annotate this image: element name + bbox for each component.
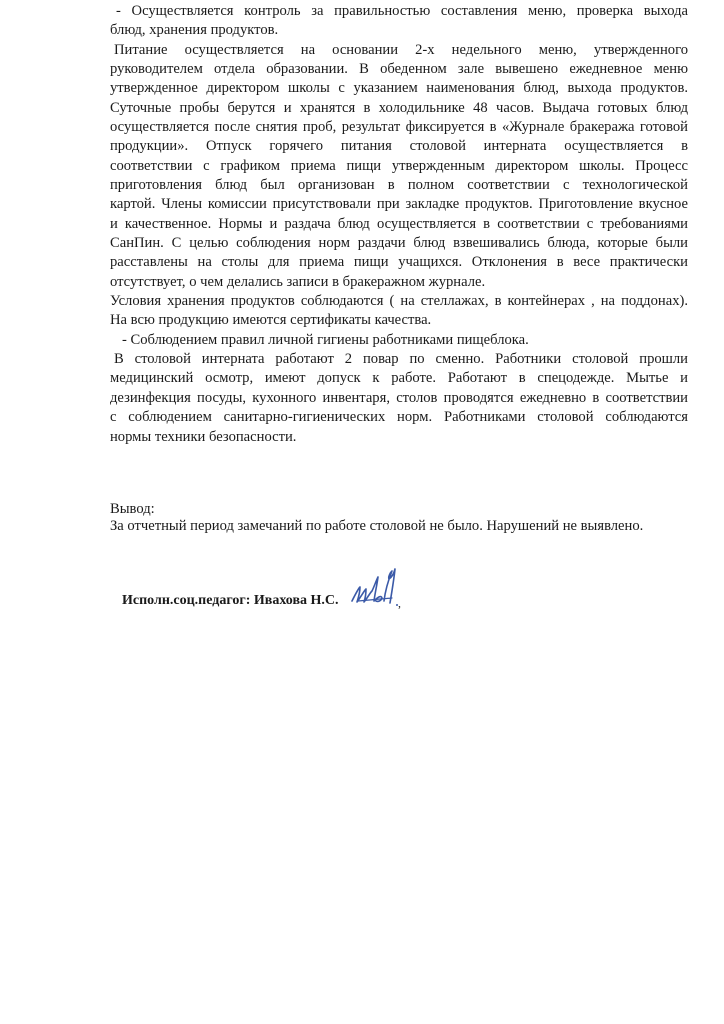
document-line: картой. Члены комиссии присутствовали пр… [110, 195, 688, 214]
conclusion-text: За отчетный период замечаний по работе с… [110, 517, 688, 536]
signature-line: Исполн.соц.педагог: Ивахова Н.С. [122, 593, 339, 609]
document-line: На всю продукцию имеются сертификаты кач… [110, 311, 688, 330]
document-line: расставлены на столы для приема пищи уча… [110, 253, 688, 272]
document-line: продукции». Отпуск горячего питания стол… [110, 137, 688, 156]
document-line: отсутствует, о чем делались записи в бра… [110, 273, 688, 292]
document-line: и качественное. Нормы и раздача блюд осу… [110, 215, 688, 234]
document-line: нормы техники безопасности. [110, 428, 688, 447]
document-line: дезинфекция посуды, кухонного инвентаря,… [110, 389, 688, 408]
document-line: медицинский осмотр, имеют допуск к работ… [110, 369, 688, 388]
signatory-name: Исполн.соц.педагог: Ивахова Н.С. [122, 593, 339, 608]
document-line: соответствии с графиком приема пищи утве… [110, 157, 688, 176]
signature-mark: , [398, 596, 401, 611]
document-line: осуществляется после снятия проб, резуль… [110, 118, 688, 137]
document-line: В столовой интерната работают 2 повар по… [114, 350, 688, 369]
document-line: Суточные пробы берутся и хранятся в холо… [110, 99, 688, 118]
document-line: блюд, хранения продуктов. [110, 21, 688, 40]
document-line: - Осуществляется контроль за правильност… [116, 2, 688, 21]
document-page: - Осуществляется контроль за правильност… [0, 0, 724, 1024]
handwritten-signature-icon [348, 565, 400, 609]
document-line: СанПин. С целью соблюдения норм раздачи … [110, 234, 688, 253]
document-line: - Соблюдением правил личной гигиены рабо… [122, 331, 688, 350]
document-line: руководителем отдела образовании. В обед… [110, 60, 688, 79]
document-line: приготовления блюд был организован в пол… [110, 176, 688, 195]
document-line: Условия хранения продуктов соблюдаются (… [110, 292, 688, 311]
document-line: Питание осуществляется на основании 2-х … [114, 41, 688, 60]
document-line: с соблюдением санитарно-гигиенических но… [110, 408, 688, 427]
document-line: утвержденное директором школы с указание… [110, 79, 688, 98]
